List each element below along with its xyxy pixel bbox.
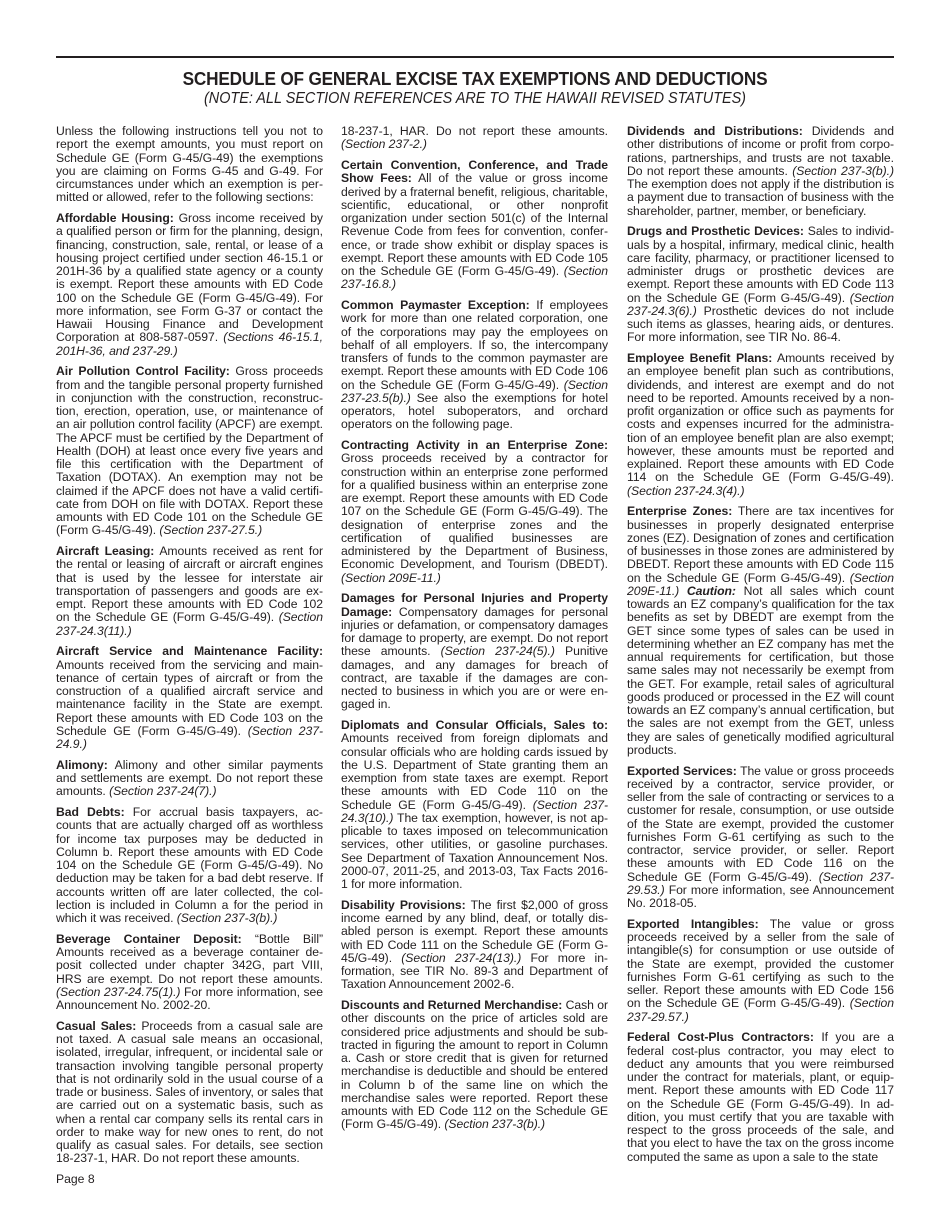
entry-citation: (Section 237-2.) [341, 137, 427, 151]
entry-body: Gross proceeds from and the tangible per… [56, 364, 323, 537]
entry-body: Proceeds from a casual sale are not taxe… [56, 1020, 323, 1165]
entry-dividends-distributions: Dividends and Distributions: Dividends a… [627, 125, 894, 218]
entry-body: Cash or other discounts on the price of … [341, 998, 608, 1131]
entry-citation: (Section 237-24.75(1).) [56, 985, 180, 999]
entry-body-continued: 18-237-1, HAR. Do not report these amoun… [341, 124, 608, 138]
entry-heading: Exported Services: [627, 764, 737, 778]
entry-heading: Air Pollution Control Facility: [56, 364, 230, 378]
entry-diplomats: Diplomats and Consular Officials, Sales … [341, 719, 608, 891]
entry-citation: (Section 237-24(13).) [401, 951, 521, 965]
entry-heading: Discounts and Returned Merchandise: [341, 998, 562, 1012]
entry-body: All of the value or gross income derived… [341, 171, 608, 278]
entry-heading: Aircraft Leasing: [56, 544, 154, 558]
page-number: Page 8 [56, 1172, 95, 1186]
entry-casual-sales: Casual Sales: Proceeds from a casual sal… [56, 1020, 323, 1165]
top-rule [56, 56, 894, 58]
page-title: SCHEDULE OF GENERAL EXCISE TAX EXEMPTION… [85, 68, 864, 90]
entry-heading: Enterprise Zones: [627, 504, 732, 518]
entry-citation: (Section 237-3(b).) [444, 1117, 545, 1131]
entry-beverage-container-deposit: Beverage Container Deposit: “Bottle Bill… [56, 933, 323, 1013]
entry-citation: (Section 237-27.5.) [159, 523, 262, 537]
entry-heading: Exported Intangibles: [627, 917, 759, 931]
entry-alimony: Alimony: Alimony and other similar payme… [56, 759, 323, 799]
entry-affordable-housing: Affordable Housing: Gross income receive… [56, 212, 323, 358]
entry-enterprise-zones: Enterprise Zones: There are tax incentiv… [627, 505, 894, 757]
entry-federal-cost-plus-contractors: Federal Cost-Plus Contractors: If you ar… [627, 1031, 894, 1164]
entry-body: Gross income received by a qualified per… [56, 211, 323, 344]
entry-citation: (Section 237-24.3(4).) [627, 484, 744, 498]
entry-heading: Diplomats and Consular Officials, Sales … [341, 718, 608, 732]
entry-heading: Bad Debts: [56, 805, 125, 819]
entry-exported-services: Exported Services: The value or gross pr… [627, 765, 894, 911]
intro-paragraph: Unless the following instructions tell y… [56, 125, 323, 205]
entry-heading: Casual Sales: [56, 1020, 136, 1033]
entry-aircraft-service-maintenance: Aircraft Service and Maintenance Facilit… [56, 645, 323, 751]
entry-employee-benefit-plans: Employee Benefit Plans: Amounts received… [627, 352, 894, 498]
caution-label: Caution: [687, 584, 736, 598]
entry-discounts-returned-merchandise: Discounts and Returned Merchandise: Cash… [341, 999, 608, 1132]
entry-bad-debts: Bad Debts: For accrual basis taxpayers, … [56, 806, 323, 925]
entry-exported-intangibles: Exported Intangibles: The value or gross… [627, 918, 894, 1024]
entry-citation: (Section 237-3(b).) [792, 164, 894, 178]
entry-after: Not all sales which count towards an EZ … [627, 584, 894, 757]
entry-after: For more information, see Announcement N… [627, 883, 894, 910]
column-3: Dividends and Distributions: Dividends a… [627, 125, 894, 1171]
entry-disability-provisions: Disability Provisions: The first $2,000 … [341, 899, 608, 992]
entry-citation: (Section 237-24(7).) [109, 784, 216, 798]
entry-heading: Beverage Container Deposit: [56, 932, 242, 946]
entry-heading: Employee Benefit Plans: [627, 351, 772, 365]
entry-contracting-enterprise-zone: Contracting Activity in an Enterprise Zo… [341, 439, 608, 585]
entry-heading: Federal Cost-Plus Contractors: [627, 1030, 814, 1044]
entry-after: The exemption does not apply if the dist… [627, 177, 894, 218]
entry-body: If you are a federal cost-plus contracto… [627, 1030, 894, 1163]
entry-casual-sales-continued: 18-237-1, HAR. Do not report these amoun… [341, 125, 608, 152]
entry-convention-fees: Certain Convention, Conference, and Trad… [341, 159, 608, 292]
entry-damages: Damages for Personal Injuries and Proper… [341, 592, 608, 711]
entry-heading: Alimony: [56, 758, 108, 772]
entry-common-paymaster: Common Paymaster Exception: If employees… [341, 299, 608, 432]
entry-citation: (Section 237-3(b).) [177, 911, 278, 925]
entry-body: Gross proceeds received by a contractor … [341, 451, 608, 571]
page-subtitle: (NOTE: ALL SECTION REFERENCES ARE TO THE… [85, 90, 864, 108]
column-2: 18-237-1, HAR. Do not report these amoun… [341, 125, 608, 1139]
entry-heading: Common Paymaster Exception: [341, 298, 530, 312]
entry-citation: (Section 237-24(5).) [441, 644, 555, 658]
entry-body: For accrual basis taxpayers, ac­counts t… [56, 805, 323, 925]
entry-heading: Dividends and Distributions: [627, 124, 803, 138]
entry-heading: Drugs and Prosthetic Devices: [627, 224, 804, 238]
entry-heading: Disability Provisions: [341, 898, 466, 912]
entry-body: The value or gross pro­ceeds received by… [627, 764, 894, 884]
entry-citation: (Section 209E-11.) [341, 571, 441, 585]
entry-drugs-prosthetic-devices: Drugs and Prosthetic Devices: Sales to i… [627, 225, 894, 344]
entry-body: Amounts received by an employee benefit … [627, 351, 894, 484]
entry-air-pollution-control-facility: Air Pollution Control Facility: Gross pr… [56, 365, 323, 537]
entry-heading: Contracting Activity in an Enterprise Zo… [341, 438, 608, 452]
entry-aircraft-leasing: Aircraft Leasing: Amounts received as re… [56, 545, 323, 638]
entry-heading: Aircraft Service and Maintenance Facilit… [56, 644, 323, 658]
entry-heading: Affordable Housing: [56, 211, 174, 225]
column-1: Unless the following instructions tell y… [56, 125, 323, 1165]
